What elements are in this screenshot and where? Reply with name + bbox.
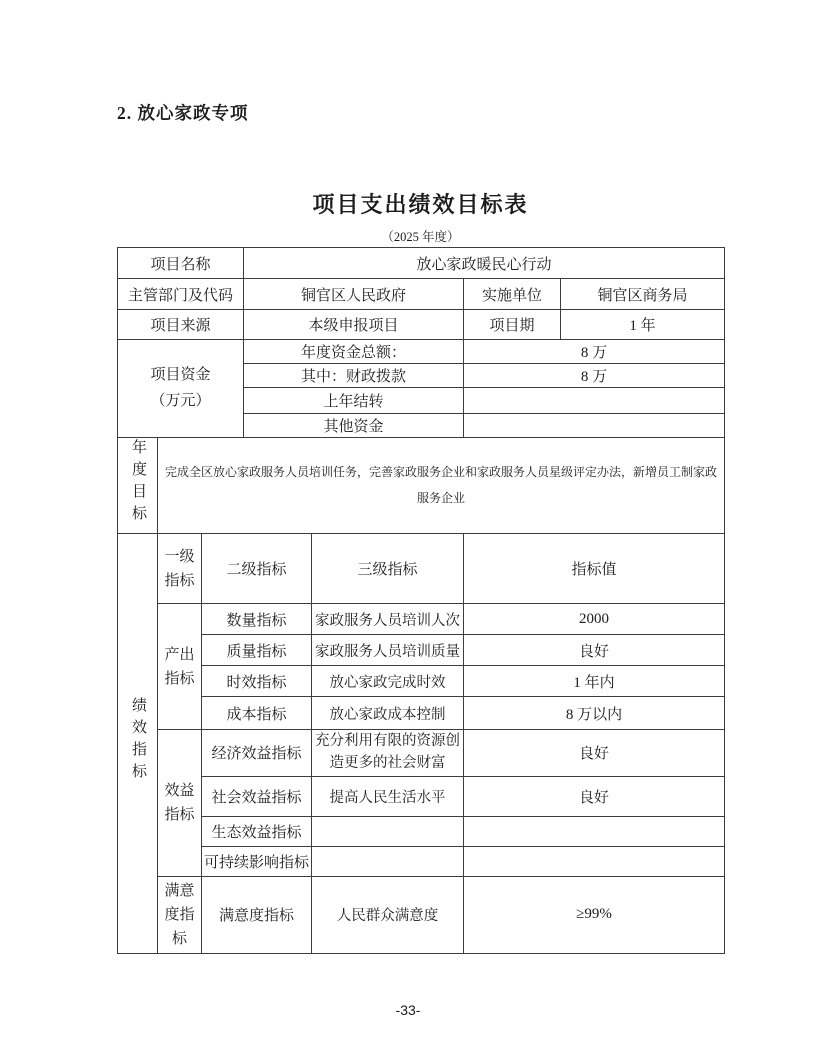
header-value: 指标值 xyxy=(464,534,725,604)
indicator-l2: 质量指标 xyxy=(202,635,312,666)
project-name-value: 放心家政暖民心行动 xyxy=(244,248,725,279)
annual-goal-label: 年度目标 xyxy=(118,438,158,534)
period-label: 项目期 xyxy=(464,310,561,340)
section-heading: 2. 放心家政专项 xyxy=(117,100,249,125)
funding-total-value: 8 万 xyxy=(464,340,725,364)
indicator-l2: 成本指标 xyxy=(202,697,312,730)
indicator-l2: 时效指标 xyxy=(202,666,312,697)
page-number: -33- xyxy=(0,1002,816,1018)
section-benefit-label: 效益指标 xyxy=(158,730,202,877)
doc-subtitle: （2025 年度） xyxy=(117,227,724,245)
indicator-l3: 人民群众满意度 xyxy=(312,876,464,953)
impl-unit-label: 实施单位 xyxy=(464,279,561,310)
indicator-l3: 放心家政完成时效 xyxy=(312,666,464,697)
header-level3: 三级指标 xyxy=(312,534,464,604)
indicator-l3: 家政服务人员培训人次 xyxy=(312,604,464,635)
indicator-l3: 充分利用有限的资源创 造更多的社会财富 xyxy=(312,730,464,777)
indicator-l3: 提高人民生活水平 xyxy=(312,776,464,816)
impl-unit-value: 铜官区商务局 xyxy=(561,279,725,310)
period-value: 1 年 xyxy=(561,310,725,340)
project-name-label: 项目名称 xyxy=(118,248,244,279)
performance-target-table: 项目名称 放心家政暖民心行动 主管部门及代码 铜官区人民政府 实施单位 铜官区商… xyxy=(117,247,725,954)
indicator-l2: 数量指标 xyxy=(202,604,312,635)
source-value: 本级申报项目 xyxy=(244,310,464,340)
funding-other-value xyxy=(464,414,725,438)
source-label: 项目来源 xyxy=(118,310,244,340)
section-output-label: 产出指标 xyxy=(158,604,202,730)
doc-title: 项目支出绩效目标表 xyxy=(117,188,724,219)
funding-label-line1: 项目资金 xyxy=(151,367,211,383)
indicator-value: 2000 xyxy=(464,604,725,635)
indicator-l2: 满意度指标 xyxy=(202,876,312,953)
indicator-l3: 放心家政成本控制 xyxy=(312,697,464,730)
indicator-l2: 社会效益指标 xyxy=(202,776,312,816)
indicator-value: 良好 xyxy=(464,635,725,666)
section-satisfaction-label: 满意度指标 xyxy=(158,876,202,953)
funding-carryover-label: 上年结转 xyxy=(244,388,464,414)
annual-goal-content: 完成全区放心家政服务人员培训任务，完善家政服务企业和家政服务人员星级评定办法，新… xyxy=(158,438,725,534)
indicator-value: ≥99% xyxy=(464,876,725,953)
funding-label-line2: （万元） xyxy=(151,393,211,409)
indicator-l3 xyxy=(312,816,464,846)
indicator-l3: 家政服务人员培训质量 xyxy=(312,635,464,666)
dept-value: 铜官区人民政府 xyxy=(244,279,464,310)
perf-group-vertical-label: 绩效指标 xyxy=(130,697,145,785)
indicator-value xyxy=(464,816,725,846)
dept-label: 主管部门及代码 xyxy=(118,279,244,310)
indicator-value: 8 万以内 xyxy=(464,697,725,730)
funding-carryover-value xyxy=(464,388,725,414)
funding-fiscal-value: 8 万 xyxy=(464,364,725,388)
header-level2: 二级指标 xyxy=(202,534,312,604)
funding-total-label: 年度资金总额： xyxy=(244,340,464,364)
funding-other-label: 其他资金 xyxy=(244,414,464,438)
indicator-l2: 经济效益指标 xyxy=(202,730,312,777)
indicator-l2: 生态效益指标 xyxy=(202,816,312,846)
indicator-l3 xyxy=(312,846,464,876)
perf-group-label: 绩效指标 xyxy=(118,534,158,954)
indicator-value: 1 年内 xyxy=(464,666,725,697)
funding-fiscal-label: 其中：财政拨款 xyxy=(244,364,464,388)
indicator-value: 良好 xyxy=(464,730,725,777)
header-level1: 一级指标 xyxy=(158,534,202,604)
funding-label: 项目资金 （万元） xyxy=(118,340,244,438)
indicator-value xyxy=(464,846,725,876)
document-page: 2. 放心家政专项 项目支出绩效目标表 （2025 年度） 项目名称 放心家政暖… xyxy=(0,0,816,1056)
indicator-l2: 可持续影响指标 xyxy=(202,846,312,876)
annual-goal-vertical-label: 年度目标 xyxy=(130,439,145,527)
indicator-value: 良好 xyxy=(464,776,725,816)
